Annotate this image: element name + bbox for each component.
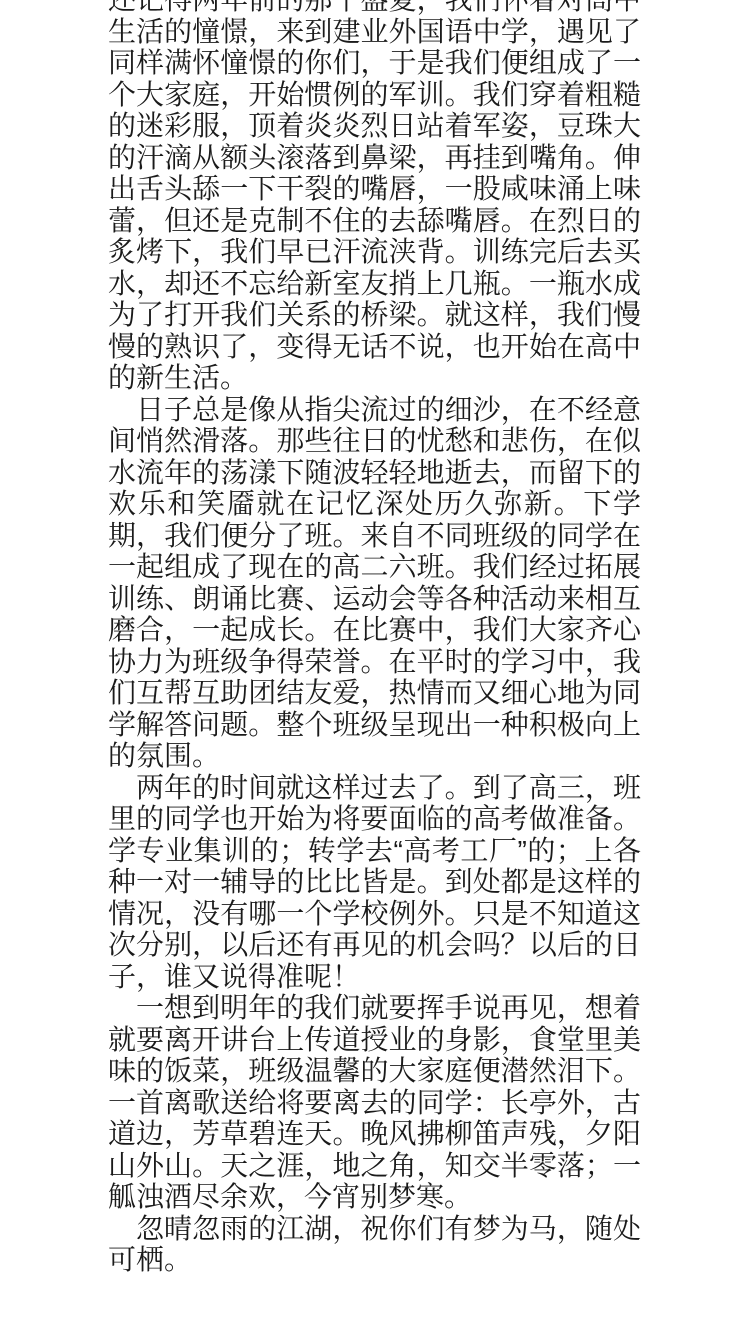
scrollable-page[interactable]: 还记得两年前的那个盛夏，我们怀着对高中生活的憧憬，来到建业外国语中学，遇见了同样… <box>0 0 750 1334</box>
article-paragraph: 忽晴忽雨的江湖，祝你们有梦为马，随处可栖。 <box>108 1213 641 1276</box>
article-body: 还记得两年前的那个盛夏，我们怀着对高中生活的憧憬，来到建业外国语中学，遇见了同样… <box>108 0 641 1276</box>
article-paragraph: 还记得两年前的那个盛夏，我们怀着对高中生活的憧憬，来到建业外国语中学，遇见了同样… <box>108 0 641 394</box>
article-paragraph: 日子总是像从指尖流过的细沙，在不经意间悄然滑落。那些往日的忧愁和悲伤，在似水流年… <box>108 394 641 772</box>
article-paragraph: 一想到明年的我们就要挥手说再见，想着就要离开讲台上传道授业的身影，食堂里美味的饭… <box>108 992 641 1213</box>
article-paragraph: 两年的时间就这样过去了。到了高三，班里的同学也开始为将要面临的高考做准备。学专业… <box>108 772 641 993</box>
